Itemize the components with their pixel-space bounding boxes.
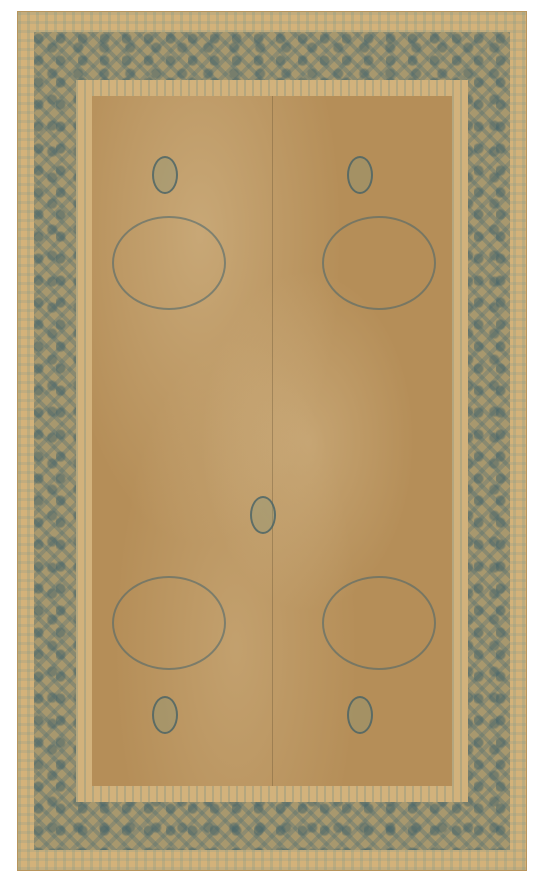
palmette-medallion (347, 696, 373, 734)
palmette-medallion (152, 696, 178, 734)
palmette-medallion (152, 156, 178, 194)
vine-scroll (322, 576, 436, 670)
rug (18, 12, 526, 870)
rug-fold-line (272, 96, 273, 786)
rug-field (92, 96, 452, 786)
vine-scroll (112, 576, 226, 670)
palmette-medallion (250, 496, 276, 534)
vine-scroll (322, 216, 436, 310)
palmette-medallion (347, 156, 373, 194)
vine-scroll (112, 216, 226, 310)
